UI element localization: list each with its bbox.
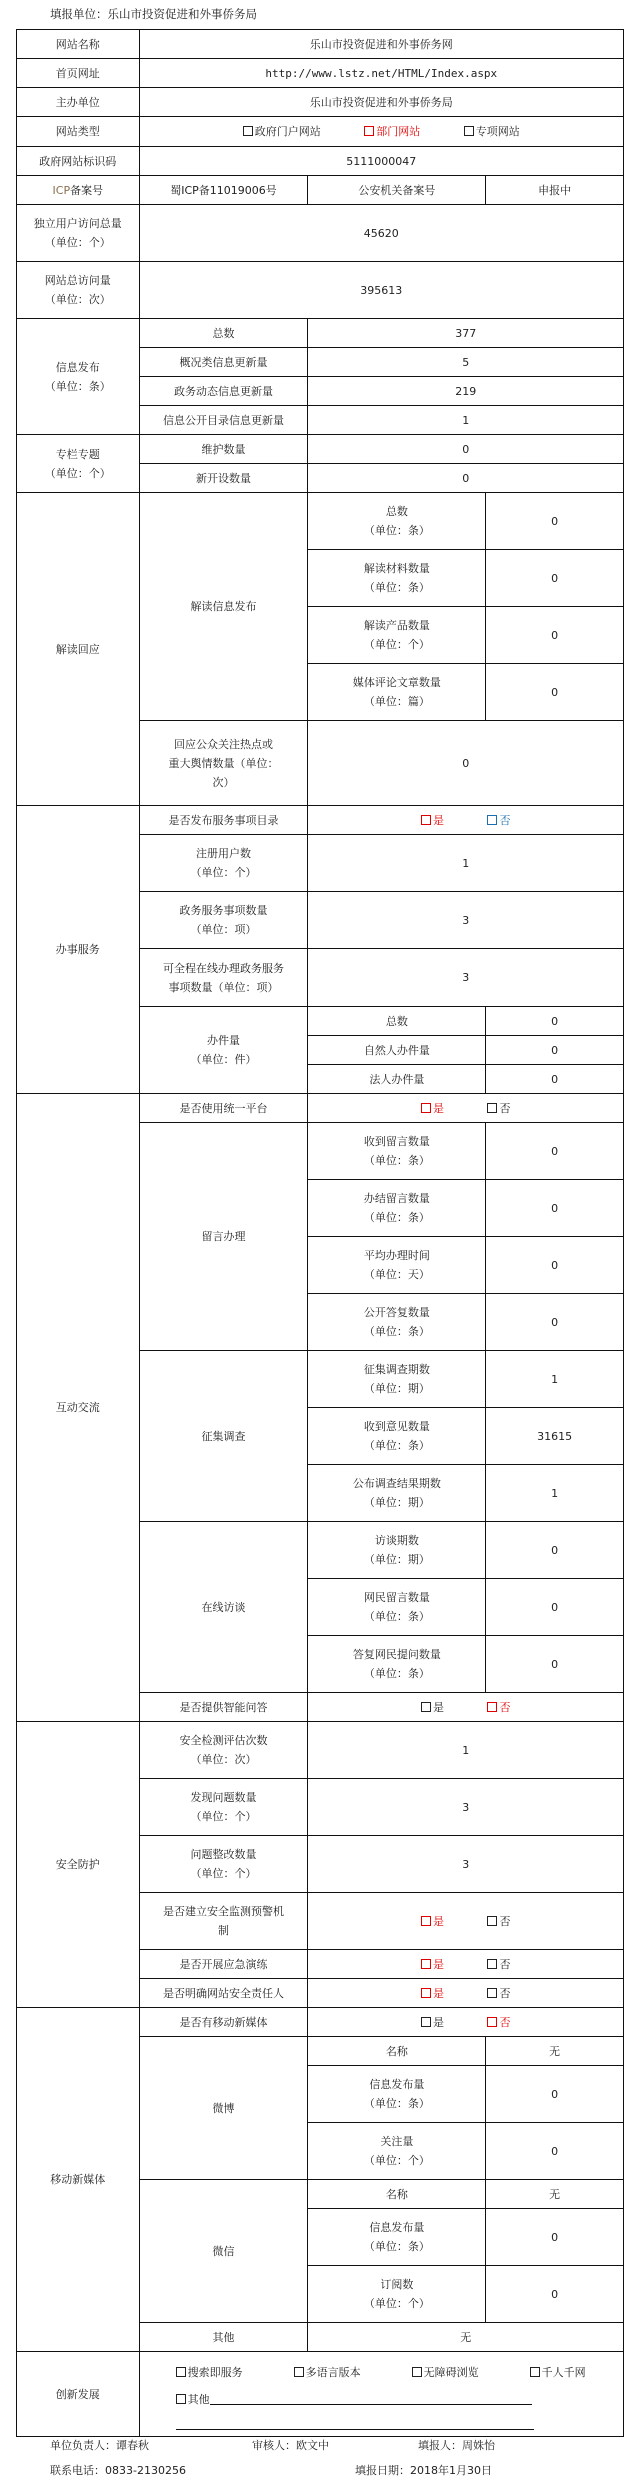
footer-reviewer: 审核人：欧文中	[252, 2437, 329, 2453]
row-sec-assessments: 安全防护 安全检测评估次数（单位：次） 1	[17, 1722, 624, 1779]
label: 发现问题数量（单位：个）	[139, 1779, 308, 1836]
row-homepage: 首页网址 http://www.lstz.net/HTML/Index.aspx	[17, 59, 624, 88]
value: 219	[308, 377, 624, 406]
police-value: 申报中	[486, 176, 624, 205]
row-site-type: 网站类型 政府门户网站 部门网站 专项网站	[17, 117, 624, 147]
label: 主办单位	[17, 88, 140, 117]
value: 0	[308, 435, 624, 464]
value: 无	[486, 2037, 624, 2066]
checkbox-icon	[421, 1702, 431, 1712]
section-info-publish: 信息发布（单位：条）	[17, 319, 140, 435]
checkbox-icon	[364, 126, 374, 136]
monitoring-options: 是 否	[308, 1893, 624, 1950]
row-unique-visitors: 独立用户访问总量（单位：个） 45620	[17, 205, 624, 262]
site-type-option-special[interactable]: 专项网站	[464, 122, 520, 141]
label: 法人办件量	[308, 1065, 486, 1094]
checkbox-icon	[176, 2367, 186, 2377]
footer-head: 单位负责人：谭春秋	[50, 2437, 149, 2453]
option-search-service[interactable]: 搜索即服务	[176, 2359, 294, 2386]
interp-publish-label: 解读信息发布	[139, 493, 308, 721]
row-unified-platform: 互动交流 是否使用统一平台 是 否	[17, 1094, 624, 1123]
footer-filler: 填报人：周姝怡	[418, 2437, 495, 2453]
value: 0	[486, 1636, 624, 1693]
section-security: 安全防护	[17, 1722, 140, 2008]
checkbox-icon	[487, 1988, 497, 1998]
value: 3	[308, 892, 624, 949]
police-label: 公安机关备案号	[308, 176, 486, 205]
website-report-table: 网站名称 乐山市投资促进和外事侨务网 首页网址 http://www.lstz.…	[16, 29, 624, 2437]
label: 关注量（单位：个）	[308, 2123, 486, 2180]
label: 解读材料数量（单位：条）	[308, 550, 486, 607]
icp-value: 蜀ICP备11019006号	[139, 176, 308, 205]
row-total-visits: 网站总访问量（单位：次） 395613	[17, 262, 624, 319]
row-site-code: 政府网站标识码 5111000047	[17, 147, 624, 176]
checkbox-icon	[530, 2367, 540, 2377]
label: 名称	[308, 2037, 486, 2066]
value: 0	[486, 1065, 624, 1094]
row-innovation: 创新发展 搜索即服务多语言版本无障碍浏览千人千网 其他	[17, 2352, 624, 2437]
label: 是否有移动新媒体	[139, 2008, 308, 2037]
checkbox-icon	[243, 126, 253, 136]
value: 1	[308, 1722, 624, 1779]
checkbox-icon	[487, 1916, 497, 1926]
checkbox-icon	[464, 126, 474, 136]
label: 总数	[139, 319, 308, 348]
value: 乐山市投资促进和外事侨务网	[139, 30, 623, 59]
value: 31615	[486, 1408, 624, 1465]
label: 平均办理时间（单位：天）	[308, 1237, 486, 1294]
option-no[interactable]: 否	[487, 1698, 510, 1717]
value: 0	[486, 2123, 624, 2180]
label: 政务服务事项数量（单位：项）	[139, 892, 308, 949]
option-no[interactable]: 否	[487, 2013, 510, 2032]
option-no[interactable]: 否	[487, 811, 510, 830]
label: 维护数量	[139, 435, 308, 464]
cases-label: 办件量（单位：件）	[139, 1007, 308, 1094]
label: 政府网站标识码	[17, 147, 140, 176]
label: 网站名称	[17, 30, 140, 59]
wechat-label: 微信	[139, 2180, 308, 2323]
value: 3	[308, 949, 624, 1007]
value: 5	[308, 348, 624, 377]
label: 首页网址	[17, 59, 140, 88]
label: 独立用户访问总量（单位：个）	[17, 205, 140, 262]
value: 3	[308, 1836, 624, 1893]
value: 0	[486, 1237, 624, 1294]
value: 0	[486, 493, 624, 550]
checkbox-icon	[487, 2017, 497, 2027]
row-info-total: 信息发布（单位：条） 总数 377	[17, 319, 624, 348]
value: 乐山市投资促进和外事侨务局	[139, 88, 623, 117]
label: 信息发布量（单位：条）	[308, 2209, 486, 2266]
option-no[interactable]: 否	[487, 1099, 510, 1118]
checkbox-icon	[421, 1103, 431, 1113]
section-interpretation: 解读回应	[17, 493, 140, 806]
row-sponsor: 主办单位 乐山市投资促进和外事侨务局	[17, 88, 624, 117]
value: 0	[486, 1180, 624, 1237]
label: 是否发布服务事项目录	[139, 806, 308, 835]
value: 0	[308, 721, 624, 806]
option-yes[interactable]: 是	[421, 1099, 444, 1118]
value: 0	[486, 2266, 624, 2323]
checkbox-icon	[421, 1988, 431, 1998]
row-service-catalog: 办事服务 是否发布服务事项目录 是 否	[17, 806, 624, 835]
value: 0	[486, 607, 624, 664]
option-yes[interactable]: 是	[421, 1984, 444, 2003]
label: 媒体评论文章数量（单位：篇）	[308, 664, 486, 721]
value: 0	[486, 1522, 624, 1579]
section-columns: 专栏专题（单位：个）	[17, 435, 140, 493]
value: 1	[308, 406, 624, 435]
option-no[interactable]: 否	[487, 1912, 510, 1931]
label: 自然人办件量	[308, 1036, 486, 1065]
value: 0	[486, 2066, 624, 2123]
label: 概况类信息更新量	[139, 348, 308, 377]
option-accessibility[interactable]: 无障碍浏览	[412, 2359, 530, 2386]
homepage-link[interactable]: http://www.lstz.net/HTML/Index.aspx	[139, 59, 623, 88]
label: 是否明确网站安全责任人	[139, 1979, 308, 2008]
footer-date: 填报日期：2018年1月30日	[355, 2462, 492, 2478]
other-input-line[interactable]	[210, 2390, 532, 2405]
label: 注册用户数（单位：个）	[139, 835, 308, 892]
drills-options: 是 否	[308, 1950, 624, 1979]
has-mobile-options: 是 否	[308, 2008, 624, 2037]
label: 公布调查结果期数（单位：期）	[308, 1465, 486, 1522]
interview-label: 在线访谈	[139, 1522, 308, 1693]
label: 公开答复数量（单位：条）	[308, 1294, 486, 1351]
value: 1	[308, 835, 624, 892]
label: 网站类型	[17, 117, 140, 147]
label: 网站总访问量（单位：次）	[17, 262, 140, 319]
checkbox-icon	[487, 815, 497, 825]
label: 总数	[308, 1007, 486, 1036]
value: 0	[486, 1007, 624, 1036]
site-type-option-department[interactable]: 部门网站	[364, 122, 420, 141]
option-yes[interactable]: 是	[421, 1912, 444, 1931]
value: 1	[486, 1465, 624, 1522]
checkbox-icon	[487, 1103, 497, 1113]
value: 0	[486, 1123, 624, 1180]
value: 无	[486, 2180, 624, 2209]
row-columns-maintained: 专栏专题（单位：个） 维护数量 0	[17, 435, 624, 464]
checkbox-icon	[421, 2017, 431, 2027]
label: 总数（单位：条）	[308, 493, 486, 550]
option-yes[interactable]: 是	[421, 2013, 444, 2032]
label: 征集调查期数（单位：期）	[308, 1351, 486, 1408]
label: 可全程在线办理政务服务事项数量（单位：项）	[139, 949, 308, 1007]
option-yes[interactable]: 是	[421, 1955, 444, 1974]
label: 办结留言数量（单位：条）	[308, 1180, 486, 1237]
survey-label: 征集调查	[139, 1351, 308, 1522]
checkbox-icon	[421, 1959, 431, 1969]
row-site-name: 网站名称 乐山市投资促进和外事侨务网	[17, 30, 624, 59]
label: 是否使用统一平台	[139, 1094, 308, 1123]
option-personalized[interactable]: 千人千网	[530, 2366, 586, 2379]
label: 政务动态信息更新量	[139, 377, 308, 406]
value: 0	[486, 1294, 624, 1351]
label: 访谈期数（单位：期）	[308, 1522, 486, 1579]
label: 是否建立安全监测预警机制	[139, 1893, 308, 1950]
innovation-options: 搜索即服务多语言版本无障碍浏览千人千网 其他	[139, 2352, 623, 2437]
label: 收到意见数量（单位：条）	[308, 1408, 486, 1465]
value: 3	[308, 1779, 624, 1836]
responsible-options: 是 否	[308, 1979, 624, 2008]
section-mobile: 移动新媒体	[17, 2008, 140, 2352]
label: 答复网民提问数量（单位：条）	[308, 1636, 486, 1693]
option-no[interactable]: 否	[487, 1955, 510, 1974]
value: 无	[308, 2323, 624, 2352]
checkbox-icon	[176, 2394, 186, 2404]
label: 其他	[139, 2323, 308, 2352]
label: 名称	[308, 2180, 486, 2209]
section-innovation: 创新发展	[17, 2352, 140, 2437]
value: 0	[308, 464, 624, 493]
value: 0	[486, 2209, 624, 2266]
label: 网民留言数量（单位：条）	[308, 1579, 486, 1636]
label: 是否提供智能问答	[139, 1693, 308, 1722]
value: 395613	[139, 262, 623, 319]
unified-platform-options: 是 否	[308, 1094, 624, 1123]
other-input-line-2[interactable]	[176, 2413, 534, 2430]
smart-qa-options: 是 否	[308, 1693, 624, 1722]
option-multilingual[interactable]: 多语言版本	[294, 2359, 412, 2386]
checkbox-icon	[294, 2367, 304, 2377]
section-interaction: 互动交流	[17, 1094, 140, 1722]
footer-phone: 联系电话：0833-2130256	[50, 2462, 186, 2478]
value: 45620	[139, 205, 623, 262]
option-yes[interactable]: 是	[421, 811, 444, 830]
checkbox-icon	[487, 1702, 497, 1712]
row-icp: ICP备案号 蜀ICP备11019006号 公安机关备案号 申报中	[17, 176, 624, 205]
checkbox-icon	[421, 815, 431, 825]
checkbox-icon	[421, 1916, 431, 1926]
label: 回应公众关注热点或重大舆情数量（单位：次）	[139, 721, 308, 806]
label: 安全检测评估次数（单位：次）	[139, 1722, 308, 1779]
site-type-options: 政府门户网站 部门网站 专项网站	[139, 117, 623, 147]
reporting-unit: 填报单位：乐山市投资促进和外事侨务局	[50, 6, 257, 22]
label: ICP备案号	[17, 176, 140, 205]
row-has-mobile: 移动新媒体 是否有移动新媒体 是 否	[17, 2008, 624, 2037]
label: 问题整改数量（单位：个）	[139, 1836, 308, 1893]
label: 信息公开目录信息更新量	[139, 406, 308, 435]
value: 0	[486, 550, 624, 607]
value: 0	[486, 1036, 624, 1065]
value: 377	[308, 319, 624, 348]
checkbox-icon	[412, 2367, 422, 2377]
label: 订阅数（单位：个）	[308, 2266, 486, 2323]
value: 0	[486, 1579, 624, 1636]
value: 0	[486, 664, 624, 721]
value: 5111000047	[139, 147, 623, 176]
label: 解读产品数量（单位：个）	[308, 607, 486, 664]
label: 收到留言数量（单位：条）	[308, 1123, 486, 1180]
label: 新开设数量	[139, 464, 308, 493]
weibo-label: 微博	[139, 2037, 308, 2180]
option-no[interactable]: 否	[487, 1984, 510, 2003]
site-type-option-portal[interactable]: 政府门户网站	[243, 122, 321, 141]
checkbox-icon	[487, 1959, 497, 1969]
value: 1	[486, 1351, 624, 1408]
option-yes[interactable]: 是	[421, 1698, 444, 1717]
messages-label: 留言办理	[139, 1123, 308, 1351]
option-other[interactable]: 其他	[176, 2386, 621, 2413]
catalog-options: 是 否	[308, 806, 624, 835]
section-services: 办事服务	[17, 806, 140, 1094]
row-interp-total: 解读回应 解读信息发布 总数（单位：条） 0	[17, 493, 624, 550]
label: 信息发布量（单位：条）	[308, 2066, 486, 2123]
label: 是否开展应急演练	[139, 1950, 308, 1979]
